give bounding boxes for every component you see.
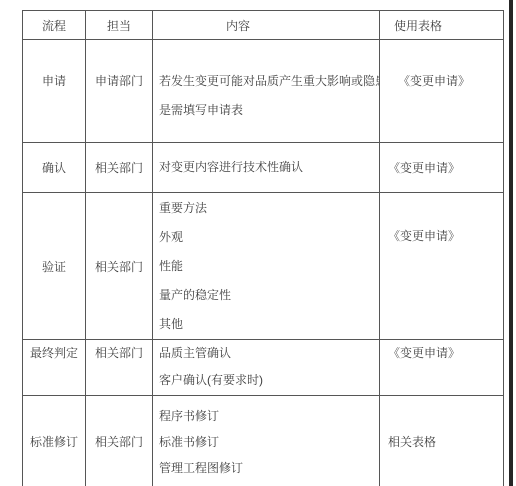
header-cell-form: 使用表格 <box>380 11 504 40</box>
content-line: 管理工程图修订 <box>159 455 379 481</box>
page: 流程 担当 内容 使用表格 申请 申请部门 若发生变更可能对品质产生重大影响或隐… <box>0 0 516 486</box>
form-cell: 《变更申请》 <box>380 340 504 396</box>
table-row-final-judgement: 最终判定 相关部门 品质主管确认 客户确认(有要求时) 《变更申请》 <box>23 340 504 396</box>
form-cell: 《变更申请》 <box>380 193 504 340</box>
content-cell: 程序书修订 标准书修订 管理工程图修订 <box>153 396 380 486</box>
process-table: 流程 担当 内容 使用表格 申请 申请部门 若发生变更可能对品质产生重大影响或隐… <box>22 10 504 486</box>
owner-cell: 相关部门 <box>86 396 153 486</box>
content-cell: 对变更内容进行技术性确认 <box>153 143 380 193</box>
header-cell-owner: 担当 <box>86 11 153 40</box>
content-line: 重要方法 <box>159 194 379 223</box>
content-line: 性能 <box>159 252 379 281</box>
content-line: 是需填写申请表 <box>159 96 379 125</box>
content-line: 客户确认(有要求时) <box>159 367 263 394</box>
content-line: 对变更内容进行技术性确认 <box>159 153 379 182</box>
owner-cell: 相关部门 <box>86 340 153 396</box>
form-cell: 《变更申请》 <box>380 143 504 193</box>
header-cell-content: 内容 <box>153 11 380 40</box>
table-row-verify: 验证 相关部门 重要方法 外观 性能 量产的稳定性 其他 《变更申请》 <box>23 193 504 340</box>
form-cell: 《变更申请》 <box>380 40 504 143</box>
right-edge-bar <box>509 0 513 486</box>
table-row-standard-revision: 标准修订 相关部门 程序书修订 标准书修订 管理工程图修订 相关表格 <box>23 396 504 486</box>
process-cell: 验证 <box>23 193 86 340</box>
process-cell: 最终判定 <box>23 340 86 396</box>
content-line: 程序书修订 <box>159 403 379 429</box>
content-line: 其他 <box>159 310 379 339</box>
table-header-row: 流程 担当 内容 使用表格 <box>23 11 504 40</box>
content-line: 外观 <box>159 223 379 252</box>
form-cell: 相关表格 <box>380 396 504 486</box>
header-cell-process: 流程 <box>23 11 86 40</box>
owner-cell: 申请部门 <box>86 40 153 143</box>
process-cell: 申请 <box>23 40 86 143</box>
owner-cell: 相关部门 <box>86 143 153 193</box>
table-row-apply: 申请 申请部门 若发生变更可能对品质产生重大影响或隐患 是需填写申请表 《变更申… <box>23 40 504 143</box>
content-cell: 品质主管确认 客户确认(有要求时) <box>153 340 380 396</box>
owner-cell: 相关部门 <box>86 193 153 340</box>
content-cell: 重要方法 外观 性能 量产的稳定性 其他 <box>153 193 380 340</box>
content-cell: 若发生变更可能对品质产生重大影响或隐患 是需填写申请表 <box>153 40 380 143</box>
process-cell: 确认 <box>23 143 86 193</box>
content-line: 标准书修订 <box>159 429 379 455</box>
table-row-confirm: 确认 相关部门 对变更内容进行技术性确认 《变更申请》 <box>23 143 504 193</box>
process-cell: 标准修订 <box>23 396 86 486</box>
content-line: 品质主管确认 <box>159 340 231 367</box>
content-line: 量产的稳定性 <box>159 281 379 310</box>
content-line: 若发生变更可能对品质产生重大影响或隐患 <box>159 67 379 96</box>
